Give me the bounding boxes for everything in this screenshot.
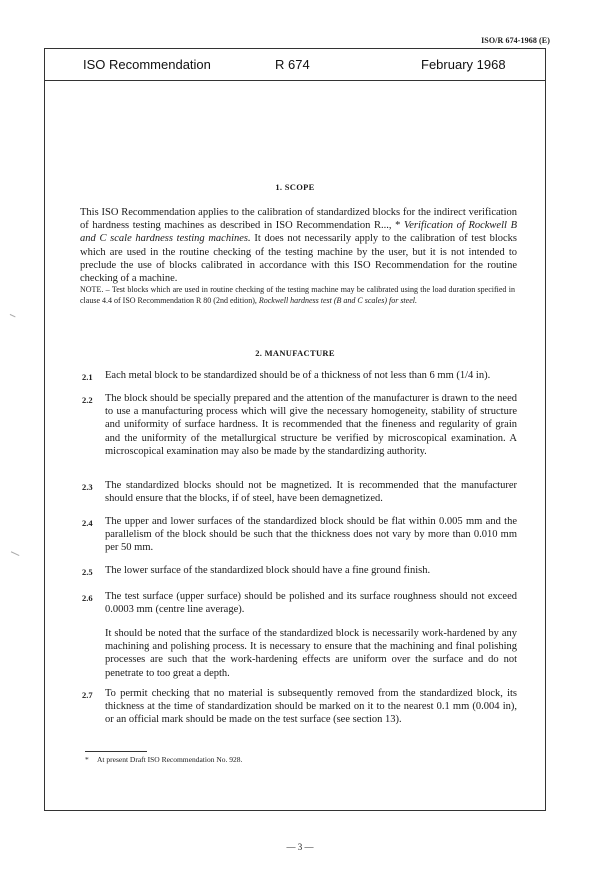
- scan-artifact: [8, 314, 15, 320]
- footnote-marker: *: [85, 755, 97, 764]
- clause-number: 2.5: [82, 566, 93, 579]
- section-heading-scope: 1. SCOPE: [45, 182, 545, 192]
- page-number: — 3 —: [0, 842, 600, 852]
- clause-number: 2.3: [82, 481, 93, 494]
- clause-text: The upper and lower surfaces of the stan…: [105, 515, 517, 555]
- recommendation-header: ISO Recommendation R 674 February 1968: [45, 49, 545, 81]
- scope-paragraph: This ISO Recommendation applies to the c…: [80, 206, 517, 285]
- clause-text: The lower surface of the standardized bl…: [105, 564, 517, 577]
- clause-number: 2.4: [82, 517, 93, 530]
- note-italic-title: Rockwell hardness test (B and C scales) …: [259, 296, 417, 305]
- clause-number: 2.1: [82, 371, 93, 384]
- clause-number: 2.6: [82, 592, 93, 605]
- clause-number: 2.7: [82, 689, 93, 702]
- section-heading-manufacture: 2. MANUFACTURE: [45, 348, 545, 358]
- footnote-text: At present Draft ISO Recommendation No. …: [97, 755, 242, 764]
- clause-continuation: It should be noted that the surface of t…: [105, 627, 517, 680]
- header-date: February 1968: [421, 57, 506, 72]
- document-identifier: ISO/R 674-1968 (E): [481, 36, 550, 45]
- footnote: *At present Draft ISO Recommendation No.…: [85, 755, 242, 764]
- clause-text: The standardized blocks should not be ma…: [105, 479, 517, 505]
- clause-text: Each metal block to be standardized shou…: [105, 369, 517, 382]
- header-number: R 674: [275, 57, 310, 72]
- footnote-divider: [85, 751, 147, 752]
- scope-note: NOTE. – Test blocks which are used in ro…: [80, 285, 515, 306]
- clause-text: The block should be specially prepared a…: [105, 392, 517, 458]
- clause-text: The test surface (upper surface) should …: [105, 590, 517, 616]
- page-frame: ISO Recommendation R 674 February 1968 1…: [44, 48, 546, 811]
- header-title: ISO Recommendation: [83, 57, 211, 72]
- scan-artifact: [10, 551, 20, 558]
- clause-number: 2.2: [82, 394, 93, 407]
- clause-text: To permit checking that no material is s…: [105, 687, 517, 727]
